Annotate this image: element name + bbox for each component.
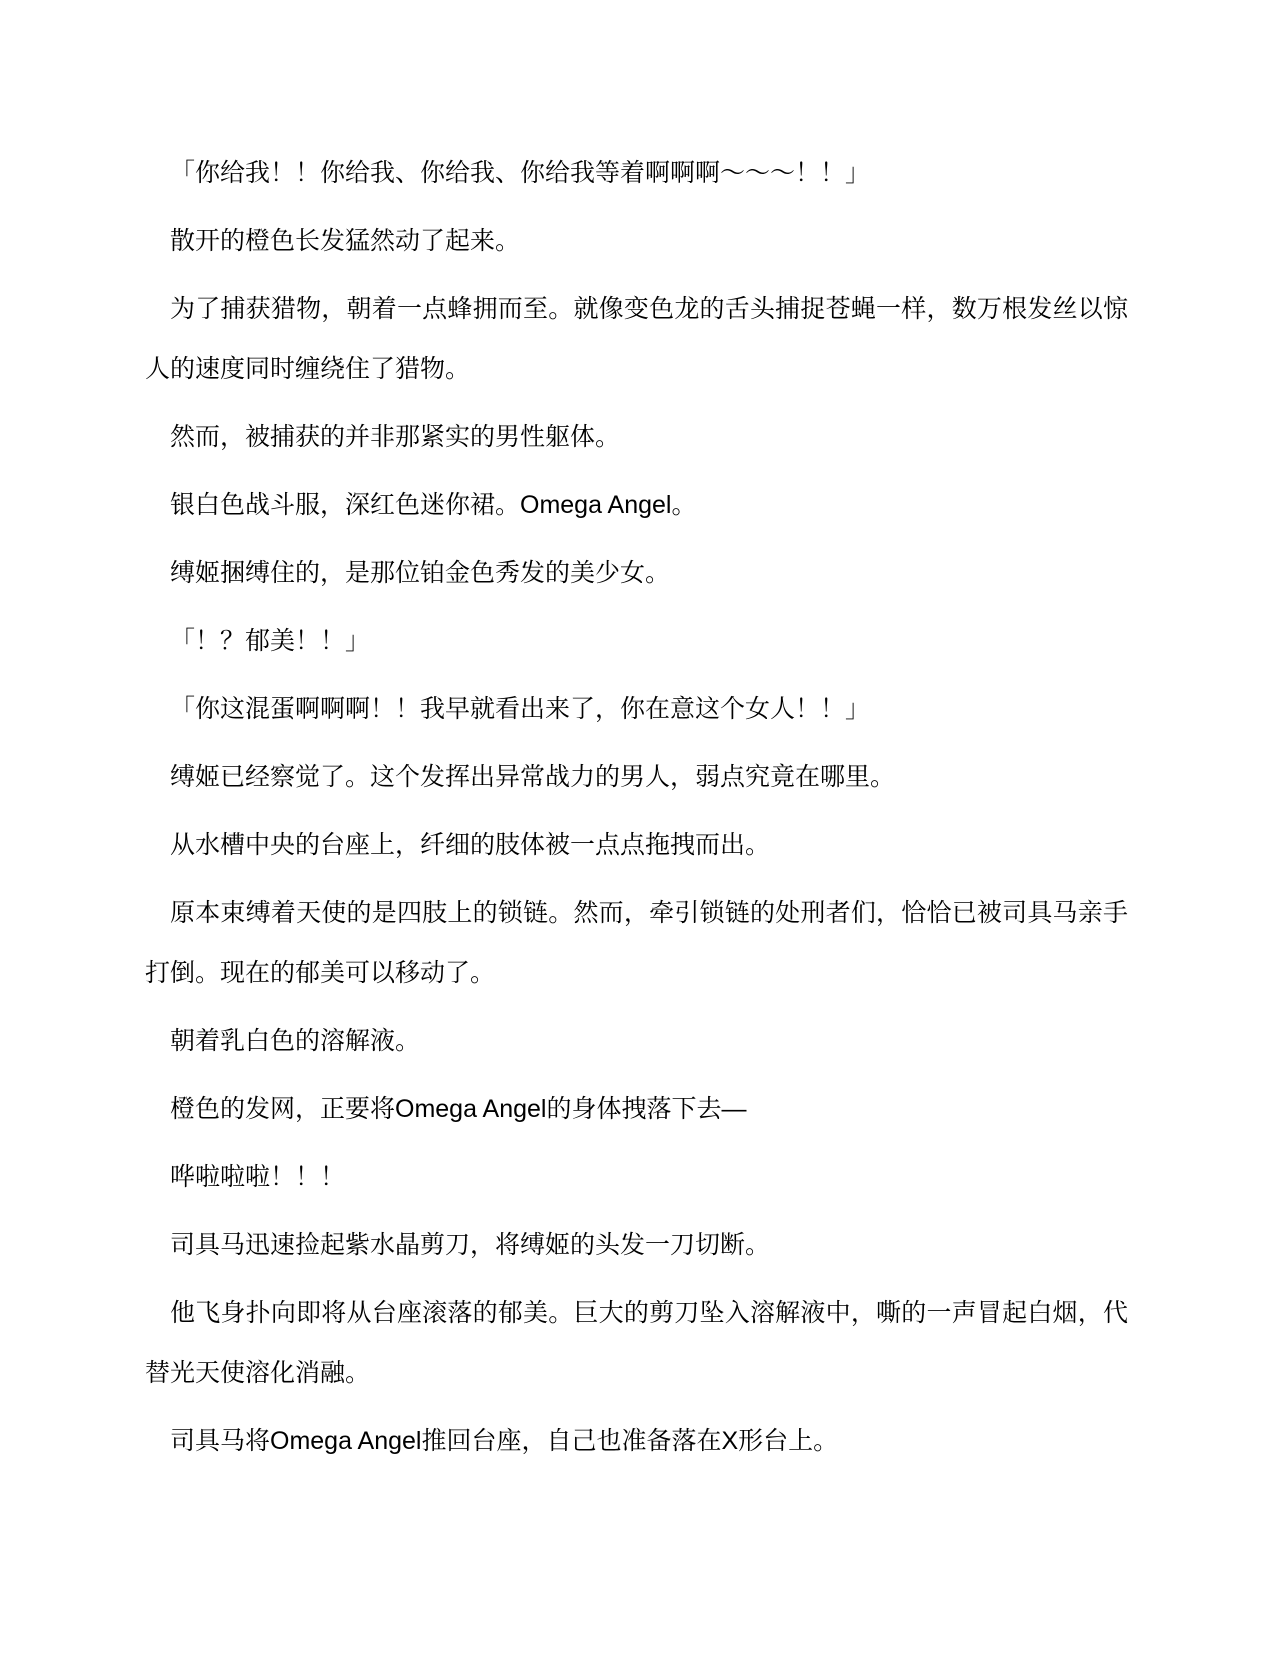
paragraph: 缚姬已经察觉了。这个发挥出异常战力的男人，弱点究竟在哪里。 xyxy=(145,747,1128,807)
paragraph: 从水槽中央的台座上，纤细的肢体被一点点拖拽而出。 xyxy=(145,815,1128,875)
paragraph: 哗啦啦啦！！！ xyxy=(145,1147,1128,1207)
paragraph: 他飞身扑向即将从台座滚落的郁美。巨大的剪刀坠入溶解液中，嘶的一声冒起白烟，代替光… xyxy=(145,1283,1128,1403)
paragraph: 「你给我！！你给我、你给我、你给我等着啊啊啊～～～！！」 xyxy=(145,143,1128,203)
paragraph: 为了捕获猎物，朝着一点蜂拥而至。就像变色龙的舌头捕捉苍蝇一样，数万根发丝以惊人的… xyxy=(145,279,1128,399)
paragraph: 司具马将Omega Angel推回台座，自己也准备落在X形台上。 xyxy=(145,1411,1128,1471)
paragraph: 原本束缚着天使的是四肢上的锁链。然而，牵引锁链的处刑者们，恰恰已被司具马亲手打倒… xyxy=(145,883,1128,1003)
paragraph: 散开的橙色长发猛然动了起来。 xyxy=(145,211,1128,271)
paragraph: 缚姬捆缚住的，是那位铂金色秀发的美少女。 xyxy=(145,543,1128,603)
paragraph: 「你这混蛋啊啊啊！！我早就看出来了，你在意这个女人！！」 xyxy=(145,679,1128,739)
paragraph: 司具马迅速捡起紫水晶剪刀，将缚姬的头发一刀切断。 xyxy=(145,1215,1128,1275)
paragraph: 然而，被捕获的并非那紧实的男性躯体。 xyxy=(145,407,1128,467)
paragraph: 橙色的发网，正要将Omega Angel的身体拽落下去— xyxy=(145,1079,1128,1139)
paragraph: 「！？郁美！！」 xyxy=(145,611,1128,671)
paragraph: 朝着乳白色的溶解液。 xyxy=(145,1011,1128,1071)
text-content: 「你给我！！你给我、你给我、你给我等着啊啊啊～～～！！」散开的橙色长发猛然动了起… xyxy=(145,143,1128,1471)
document-page: 「你给我！！你给我、你给我、你给我等着啊啊啊～～～！！」散开的橙色长发猛然动了起… xyxy=(0,0,1280,1471)
paragraph: 银白色战斗服，深红色迷你裙。Omega Angel。 xyxy=(145,475,1128,535)
